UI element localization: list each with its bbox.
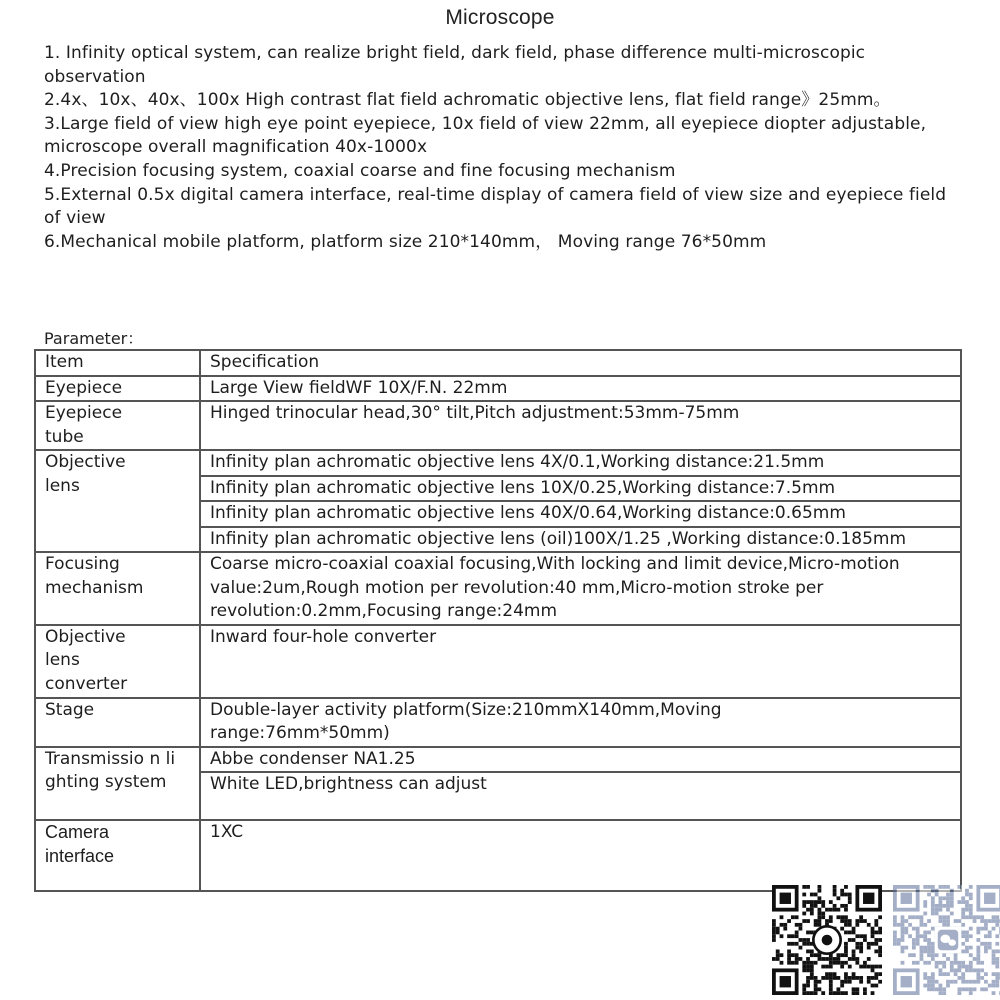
row-item: Transmissio n lighting system (35, 747, 200, 821)
feature-item: 1. Infinity optical system, can realize … (44, 42, 964, 89)
table-row: Eyepiece tube Hinged trinocular head,30°… (35, 401, 961, 450)
row-spec: White LED,brightness can adjust (200, 772, 961, 820)
row-spec: Infinity plan achromatic objective lens … (200, 501, 961, 527)
row-item: Eyepiece (35, 376, 200, 402)
row-item: Stage (35, 698, 200, 747)
row-spec: Inward four-hole converter (200, 625, 961, 698)
feature-item: 3.Large field of view high eye point eye… (44, 113, 964, 160)
row-item: Focusing mechanism (35, 552, 200, 625)
qr-code-pattern (893, 885, 1000, 995)
table-row: Camera interface 1XC (35, 820, 961, 891)
document-title: Microscope (0, 6, 1000, 30)
table-header-row: Item Specification (35, 350, 961, 376)
row-spec: Hinged trinocular head,30° tilt,Pitch ad… (200, 401, 961, 450)
row-spec: Infinity plan achromatic objective lens … (200, 476, 961, 502)
row-spec: Abbe condenser NA1.25 (200, 747, 961, 773)
row-item: Camera interface (35, 820, 200, 891)
row-spec: Infinity plan achromatic objective lens … (200, 527, 961, 553)
row-item: Objective lens converter (35, 625, 200, 698)
parameter-label: Parameter： (44, 326, 143, 349)
row-spec: Large View fieldWF 10X/F.N. 22mm (200, 376, 961, 402)
row-spec: 1XC (200, 820, 961, 891)
row-spec: Double-layer activity platform(Size:210m… (200, 698, 961, 747)
row-spec: Coarse micro-coaxial coaxial focusing,Wi… (200, 552, 961, 625)
feature-item: 2.4x、10x、40x、100x High contrast flat fie… (44, 89, 964, 113)
row-spec: Infinity plan achromatic objective lens … (200, 450, 961, 476)
wechat-qr-code[interactable] (893, 885, 1000, 995)
table-row: Focusing mechanism Coarse micro-coaxial … (35, 552, 961, 625)
feature-list: 1. Infinity optical system, can realize … (44, 42, 964, 254)
feature-item: 4.Precision focusing system, coaxial coa… (44, 160, 964, 184)
spec-table: Item Specification Eyepiece Large View f… (34, 349, 962, 892)
header-spec: Specification (200, 350, 961, 376)
row-item: Eyepiece tube (35, 401, 200, 450)
table-row: Eyepiece Large View fieldWF 10X/F.N. 22m… (35, 376, 961, 402)
feature-item: 6.Mechanical mobile platform, platform s… (44, 231, 964, 255)
table-row: Objective lens Infinity plan achromatic … (35, 450, 961, 476)
header-item: Item (35, 350, 200, 376)
table-row: Objective lens converter Inward four-hol… (35, 625, 961, 698)
row-item: Objective lens (35, 450, 200, 552)
qr-code-pattern (772, 885, 882, 995)
feature-item: 5.External 0.5x digital camera interface… (44, 184, 964, 231)
table-row: Stage Double-layer activity platform(Siz… (35, 698, 961, 747)
whatsapp-qr-code[interactable] (772, 885, 882, 995)
table-row: Transmissio n lighting system Abbe conde… (35, 747, 961, 773)
